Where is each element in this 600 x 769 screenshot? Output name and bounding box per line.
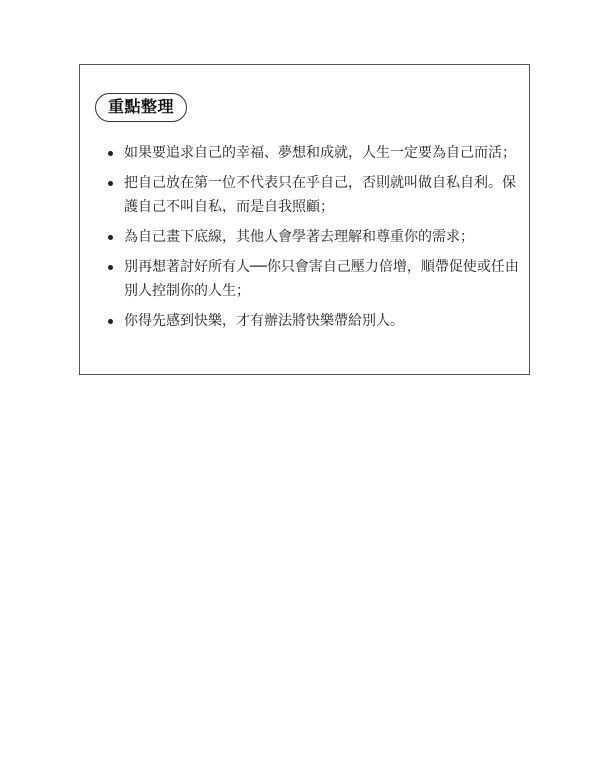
list-item-text: 為自己畫下底線，其他人會學著去理解和尊重你的需求；: [124, 229, 474, 245]
list-item-text: 別再想著討好所有人──你只會害自己壓力倍增，順帶促使或任由別人控制你的人生；: [124, 259, 519, 299]
bullet-icon: [108, 235, 113, 240]
list-item: 你得先感到快樂，才有辦法將快樂帶給別人。: [106, 309, 526, 333]
list-item: 把自己放在第一位不代表只在乎自己，否則就叫做自私自利。保護自己不叫自私，而是自我…: [106, 171, 526, 219]
bullet-icon: [108, 181, 113, 186]
list-item-text: 把自己放在第一位不代表只在乎自己，否則就叫做自私自利。保護自己不叫自私，而是自我…: [124, 175, 516, 215]
list-item-text: 如果要追求自己的幸福、夢想和成就，人生一定要為自己而活；: [124, 145, 516, 161]
bullet-icon: [108, 319, 113, 324]
bullet-icon: [108, 151, 113, 156]
bullet-icon: [108, 265, 113, 270]
list-item: 為自己畫下底線，其他人會學著去理解和尊重你的需求；: [106, 225, 526, 249]
list-item-text: 你得先感到快樂，才有辦法將快樂帶給別人。: [124, 313, 404, 329]
list-item: 別再想著討好所有人──你只會害自己壓力倍增，順帶促使或任由別人控制你的人生；: [106, 255, 526, 303]
list-item: 如果要追求自己的幸福、夢想和成就，人生一定要為自己而活；: [106, 141, 526, 165]
summary-list: 如果要追求自己的幸福、夢想和成就，人生一定要為自己而活； 把自己放在第一位不代表…: [106, 141, 526, 339]
summary-box: 重點整理 如果要追求自己的幸福、夢想和成就，人生一定要為自己而活； 把自己放在第…: [79, 64, 530, 375]
summary-title: 重點整理: [95, 93, 187, 122]
